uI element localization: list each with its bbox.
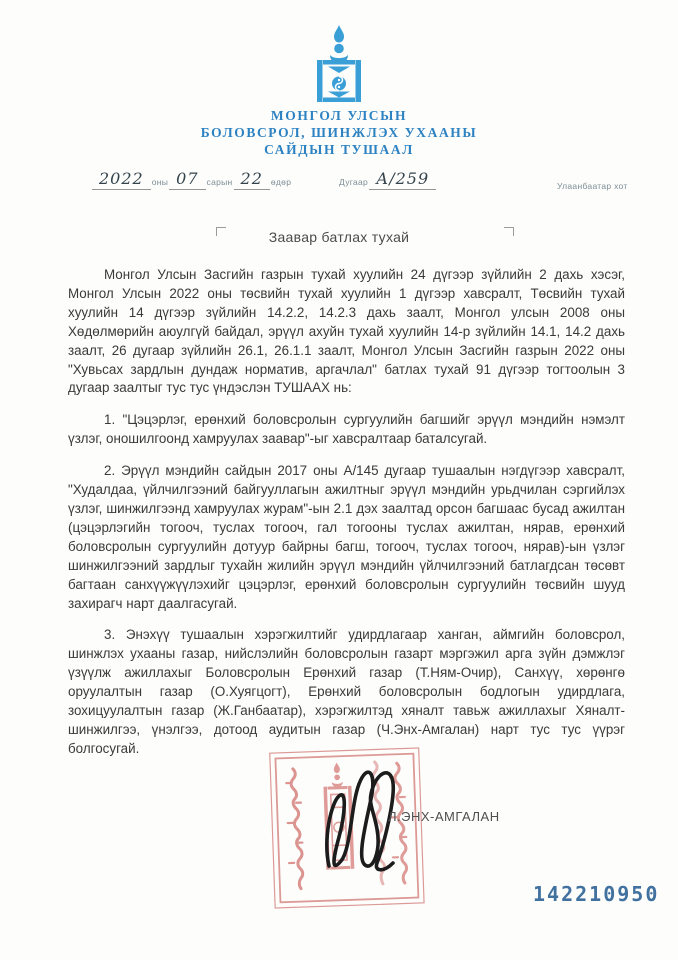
document-title: Заавар батлах тухай	[0, 229, 678, 245]
document-number-label: Дугаар	[338, 176, 369, 190]
document-body: Монгол Улсын Засгийн газрын тухай хуулий…	[68, 266, 625, 772]
ministry-header-line1: МОНГОЛ УЛСЫН	[0, 107, 678, 124]
date-group: 2022 оны 07 сарын 22 өдөр	[92, 170, 292, 190]
dateline: 2022 оны 07 сарын 22 өдөр Дугаар А/259 У…	[0, 170, 678, 200]
paragraph-preamble: Монгол Улсын Засгийн газрын тухай хуулий…	[68, 266, 625, 398]
date-month-handwritten: 07	[169, 170, 205, 190]
ministry-header: МОНГОЛ УЛСЫН БОЛОВСРОЛ, ШИНЖЛЭХ УХААНЫ С…	[0, 107, 678, 158]
date-year-label: оны	[151, 176, 169, 190]
date-year-handwritten: 2022	[92, 170, 151, 190]
soyombo-emblem-icon	[311, 24, 367, 109]
city-label: Улаанбаатар хот	[556, 180, 629, 194]
paragraph-item-2: 2. Эрүүл мэндийн сайдын 2017 оны А/145 д…	[68, 462, 625, 613]
scanned-document-page: МОНГОЛ УЛСЫН БОЛОВСРОЛ, ШИНЖЛЭХ УХААНЫ С…	[0, 0, 678, 960]
serial-number-stamp: 142210950	[533, 882, 659, 906]
paragraph-item-1: 1. "Цэцэрлэг, ерөнхий боловсролын сургуу…	[68, 411, 625, 449]
document-number-handwritten: А/259	[369, 170, 436, 190]
ministry-header-line2: БОЛОВСРОЛ, ШИНЖЛЭХ УХААНЫ	[0, 124, 678, 141]
document-number-group: Дугаар А/259	[338, 170, 436, 190]
title-corner-mark-right	[504, 227, 514, 236]
signer-name: Л.ЭНХ-АМГАЛАН	[388, 809, 500, 824]
ministry-header-line3: САЙДЫН ТУШААЛ	[0, 141, 678, 158]
paragraph-item-3: 3. Энэхүү тушаалын хэрэгжилтийг удирдлаг…	[68, 626, 625, 758]
date-day-handwritten: 22	[234, 170, 270, 190]
date-month-label: сарын	[206, 176, 234, 190]
date-day-label: өдөр	[270, 176, 292, 190]
